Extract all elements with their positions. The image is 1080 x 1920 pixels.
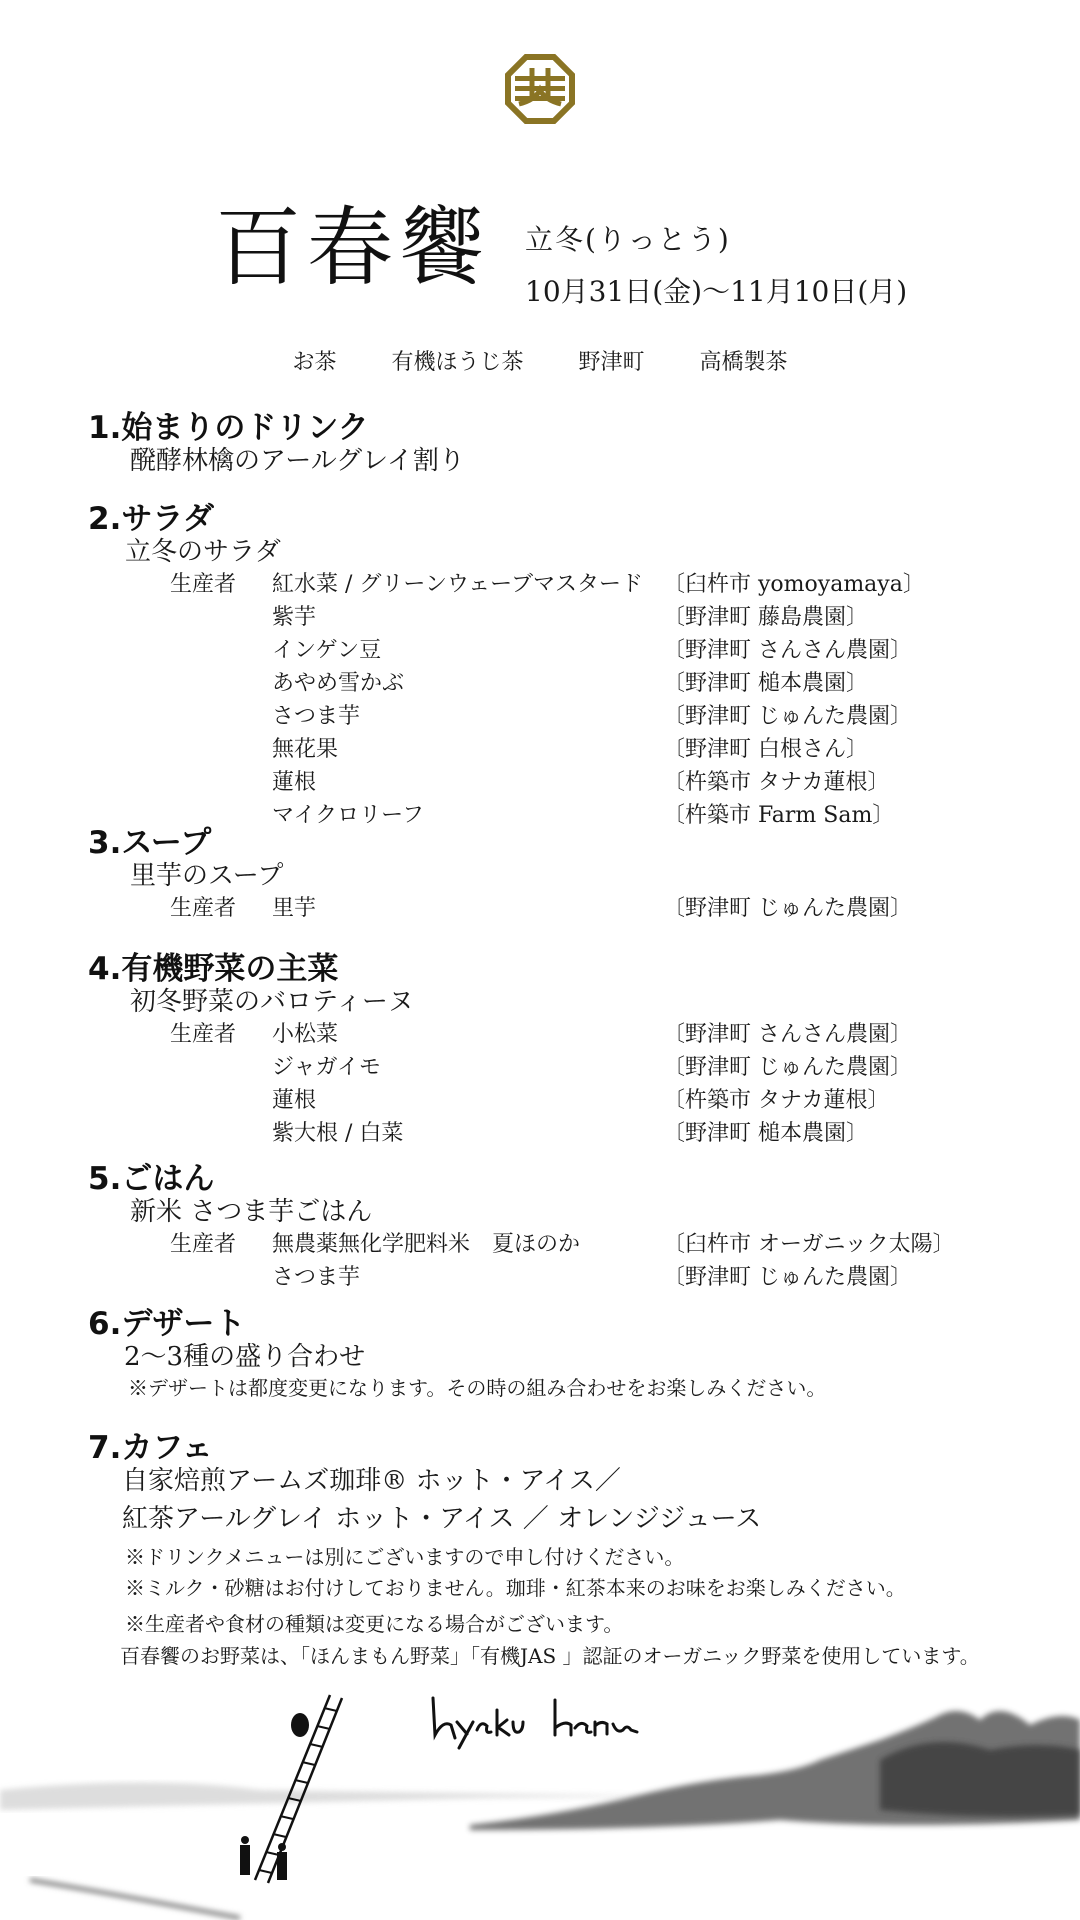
source: 〔野津町 槌本農園〕 [663,1116,868,1147]
source: 〔野津町 じゅんた農園〕 [663,891,912,922]
source: 〔野津町 じゅんた農園〕 [663,699,912,730]
ingredient: 紅水菜 / グリーンウェーブマスタード [272,567,643,598]
dessert-note: ※デザートは都度変更になります。その時の組み合わせをお楽しみください。 [128,1372,826,1401]
producer-label: 生産者 [170,567,236,598]
ingredient: 紫芋 [272,600,316,631]
source: 〔杵築市 Farm Sam〕 [663,798,894,829]
course-dish: 醗酵林檎のアールグレイ割り [130,440,465,477]
ingredient: 小松菜 [272,1017,338,1048]
restaurant-title: 百春饗 [215,205,491,291]
source: 〔野津町 さんさん農園〕 [663,1017,912,1048]
source: 〔野津町 じゅんた農園〕 [663,1050,912,1081]
organic-statement: 百春饗のお野菜は、「ほんまもん野菜」「有機JAS 」認証のオーガニック野菜を使用… [120,1640,980,1669]
tea-line: お茶 有機ほうじ茶 野津町 高橋製茶 [0,345,1080,376]
source: 〔野津町 じゅんた農園〕 [663,1260,912,1291]
ingredient: ジャガイモ [272,1050,381,1081]
cafe-note: ※ドリンクメニューは別にございますので申し付けください。 [125,1541,684,1570]
ingredient: 蓮根 [272,1083,316,1114]
cafe-line: 紅茶アールグレイ ホット・アイス ／ オレンジジュース [122,1498,761,1535]
source: 〔臼杵市 yomoyamaya〕 [663,567,925,598]
source: 〔臼杵市 オーガニック太陽〕 [663,1227,955,1258]
ingredient: 無花果 [272,732,338,763]
ingredient: マイクロリーフ [272,798,424,829]
tea-name: 有機ほうじ茶 [391,350,523,375]
course-dish: 新米 さつま芋ごはん [130,1191,372,1228]
course-dish: 初冬野菜のバロティーヌ [130,981,414,1018]
octagon-emblem-icon [505,54,575,124]
producer-label: 生産者 [170,891,236,922]
source: 〔野津町 槌本農園〕 [663,666,868,697]
source: 〔野津町 さんさん農園〕 [663,633,912,664]
ingredient: 里芋 [272,891,316,922]
source: 〔杵築市 タナカ蓮根〕 [663,1083,890,1114]
ingredient: インゲン豆 [272,633,381,664]
tea-producer: 高橋製茶 [700,350,788,375]
ingredient: さつま芋 [272,699,360,730]
course-dish: 里芋のスープ [130,855,283,892]
tea-label: お茶 [292,350,336,375]
ingredient: さつま芋 [272,1260,360,1291]
producer-label: 生産者 [170,1227,236,1258]
course-dish: 立冬のサラダ [125,531,281,568]
course-dish: 2〜3種の盛り合わせ [124,1336,365,1373]
change-note: ※生産者や食材の種類は変更になる場合がございます。 [125,1608,623,1637]
source: 〔杵築市 タナカ蓮根〕 [663,765,890,796]
ingredient: あやめ雪かぶ [272,666,404,697]
tea-origin: 野津町 [579,350,645,375]
cafe-note: ※ミルク・砂糖はお付けしておりません。珈琲・紅茶本来のお味をお楽しみください。 [125,1572,906,1601]
producer-label: 生産者 [170,1017,236,1048]
date-range: 10月31日(金)〜11月10日(月) [525,270,907,310]
cafe-line: 自家焙煎アームズ珈琲® ホット・アイス／ [122,1460,621,1497]
source: 〔野津町 白根さん〕 [663,732,868,763]
ingredient: 紫大根 / 白菜 [272,1116,403,1147]
ingredient: 無農薬無化学肥料米 夏ほのか [272,1227,580,1258]
season-label: 立冬(りっとう) [525,218,731,258]
source: 〔野津町 藤島農園〕 [663,600,868,631]
signature-logo: hyaku haru [425,1690,655,1750]
svg-text:hyaku haru: hyaku haru [425,1690,431,1691]
ingredient: 蓮根 [272,765,316,796]
